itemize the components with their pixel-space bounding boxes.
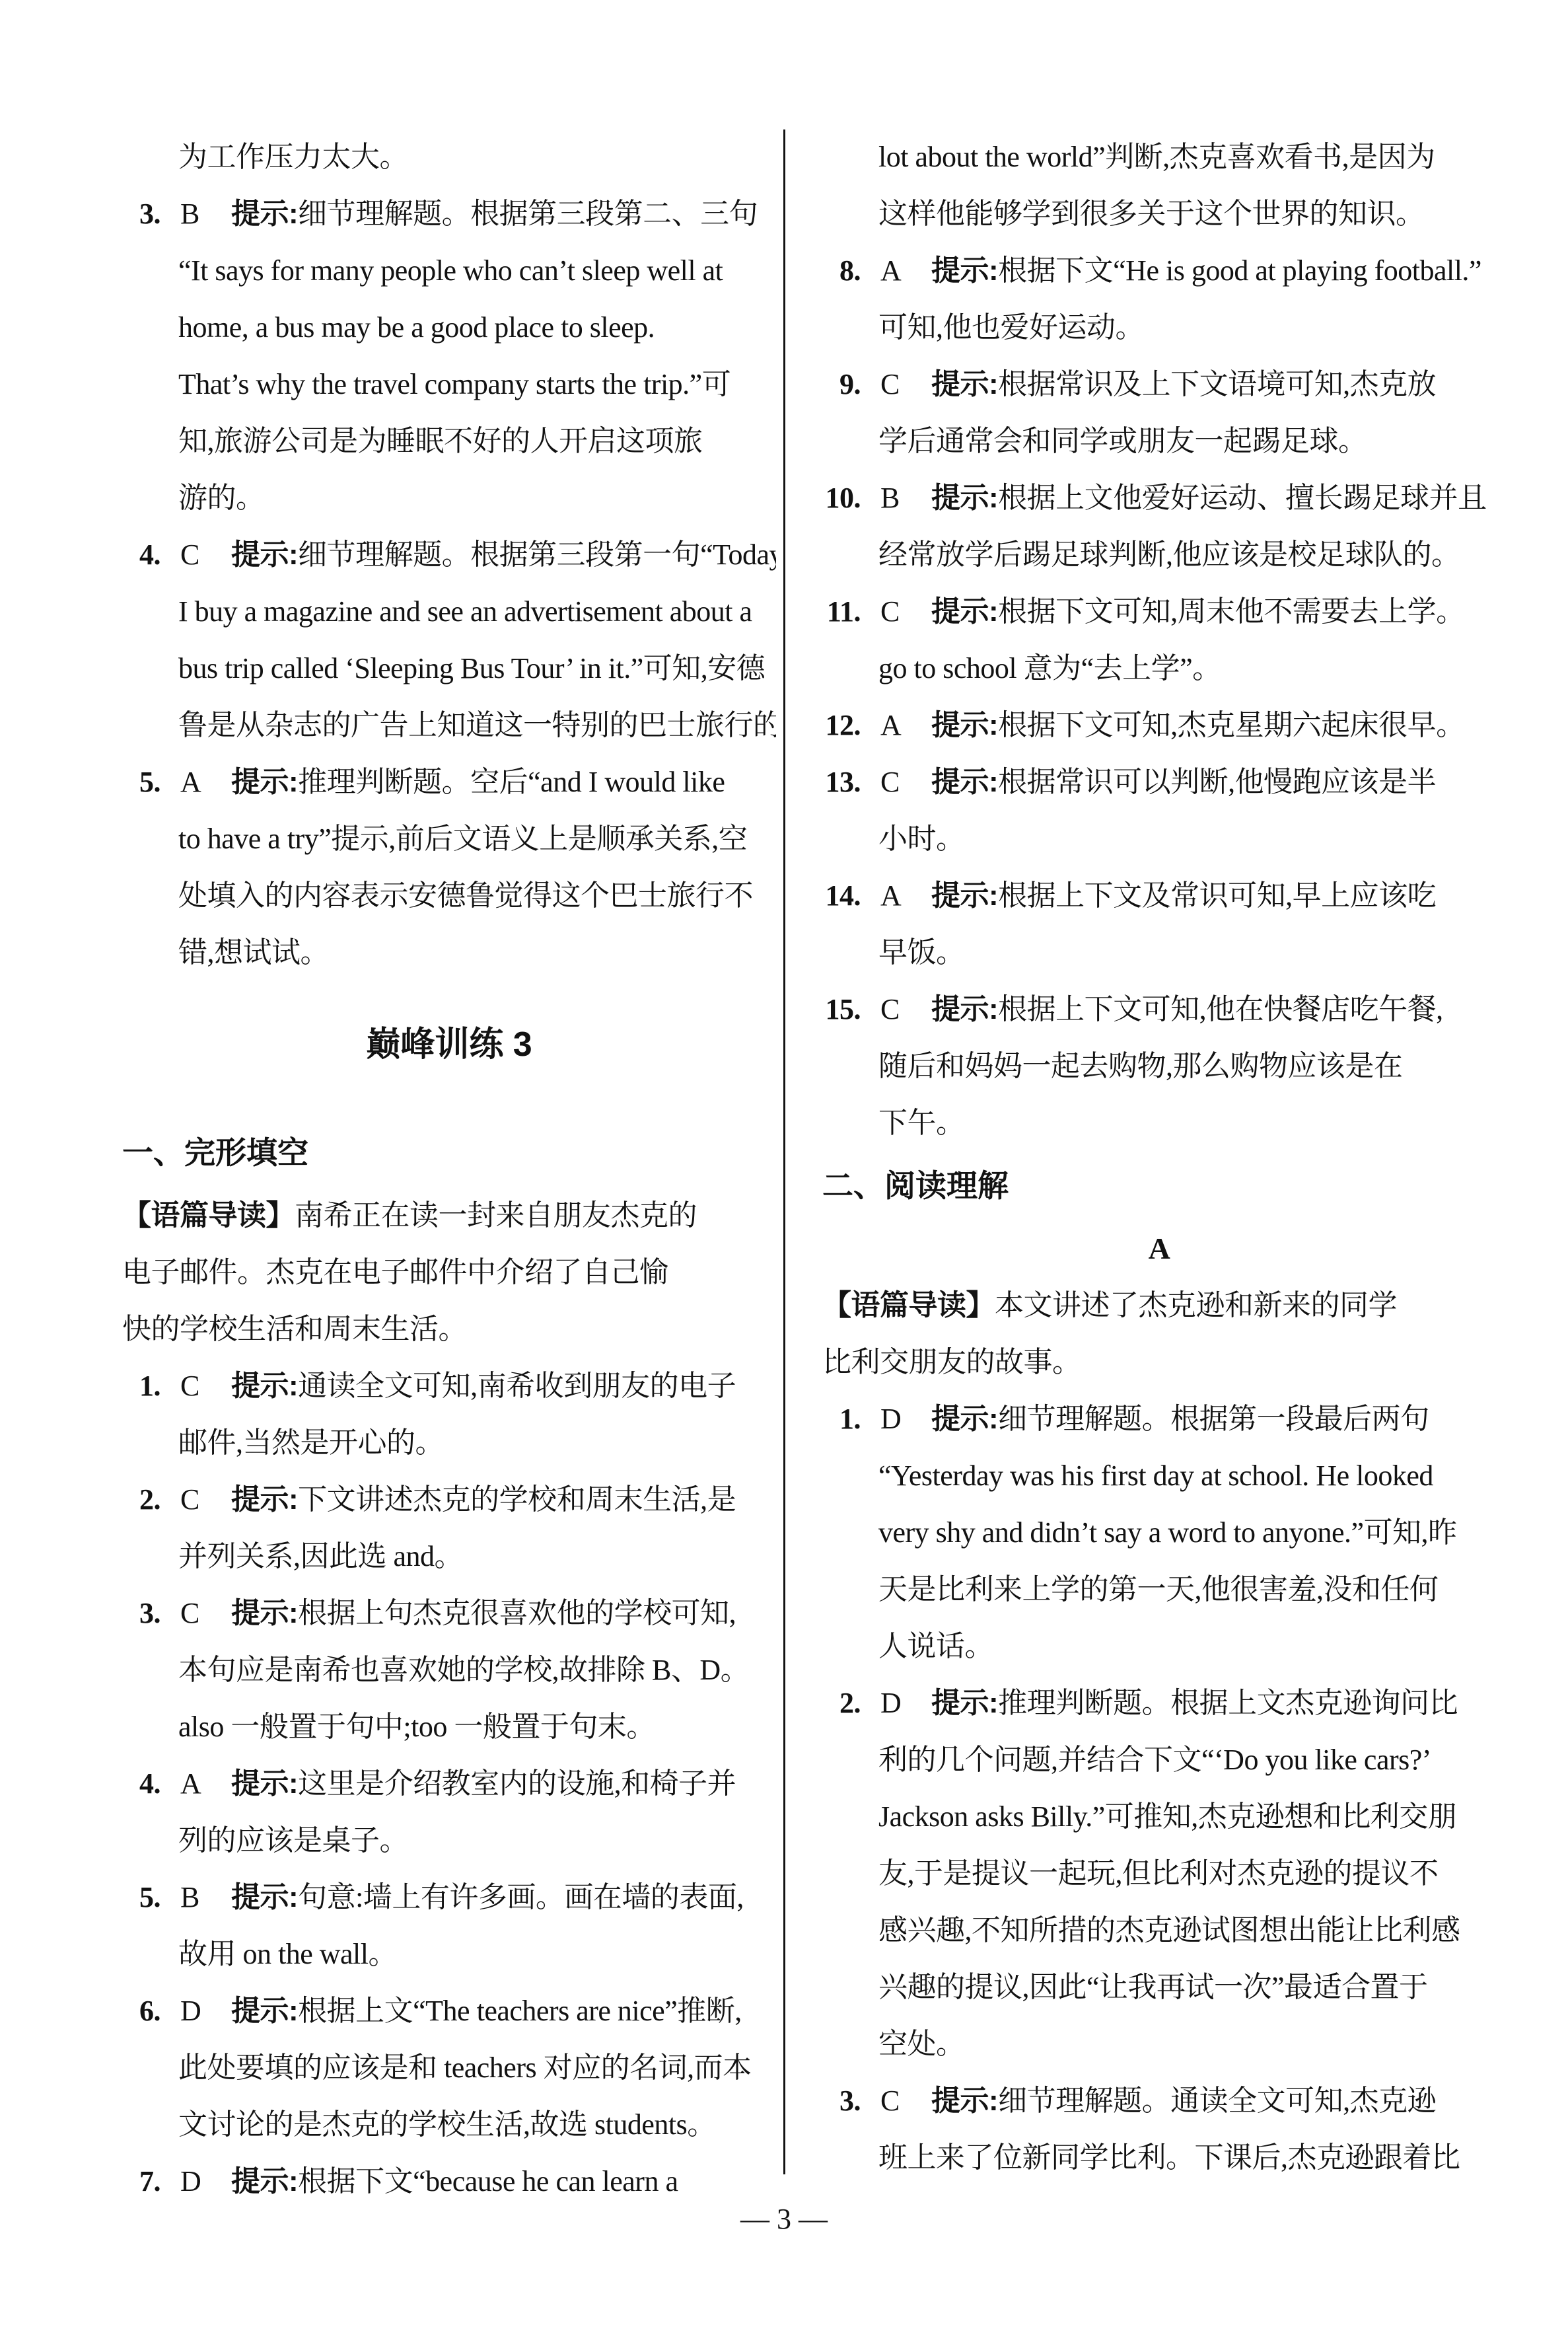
section-title: 巅峰训练 3 xyxy=(122,1008,776,1082)
answer-letter: B xyxy=(866,470,913,527)
column-divider xyxy=(783,129,785,2174)
question-number: 3. xyxy=(122,186,166,242)
hint-text: 根据上下文可知,他在快餐店吃午餐, xyxy=(998,993,1443,1025)
answer-item-wrap-line: 鲁是从杂志的广告上知道这一特别的巴士旅行的。 xyxy=(122,697,776,754)
answer-item-line: 3.C提示:细节理解题。通读全文可知,杰克逊 xyxy=(822,2073,1496,2129)
answer-letter: C xyxy=(166,527,213,583)
hint-label: 提示: xyxy=(231,538,298,571)
hint-label: 提示: xyxy=(231,1483,298,1516)
answer-item-line: 13.C提示:根据常识可以判断,他慢跑应该是半 xyxy=(822,754,1496,811)
intro-lead-label: 【语篇导读】 xyxy=(822,1289,995,1321)
hint-text: 根据常识及上下文语境可知,杰克放 xyxy=(998,368,1436,400)
answer-letter: D xyxy=(866,1675,913,1732)
answer-item-line: 4.C提示:细节理解题。根据第三段第一句“Today, xyxy=(122,527,776,583)
answer-item-line: 5.A提示:推理判断题。空后“and I would like xyxy=(122,754,776,811)
intro-lead-label: 【语篇导读】 xyxy=(122,1199,295,1232)
hint-label: 提示: xyxy=(931,482,998,514)
answer-item-line: 15.C提示:根据上下文可知,他在快餐店吃午餐, xyxy=(822,981,1496,1038)
answer-letter: D xyxy=(166,1983,213,2040)
answer-item-wrap-line: That’s why the travel company starts the… xyxy=(122,356,776,413)
answer-item-wrap-line: “Yesterday was his first day at school. … xyxy=(822,1448,1496,1504)
hint-label: 提示: xyxy=(231,1995,298,2027)
answer-key-page: 为工作压力太大。3.B提示:细节理解题。根据第三段第二、三句“It says f… xyxy=(0,0,1568,2325)
answer-item-line: 2.D提示:推理判断题。根据上文杰克逊询问比 xyxy=(822,1675,1496,1732)
answer-letter: C xyxy=(866,981,913,1038)
answer-item-line: 3.B提示:细节理解题。根据第三段第二、三句 xyxy=(122,186,776,242)
answer-item-wrap-line: 此处要填的应该是和 teachers 对应的名词,而本 xyxy=(122,2040,776,2096)
answer-letter: C xyxy=(166,1585,213,1642)
answer-item-wrap-line: 处填入的内容表示安德鲁觉得这个巴士旅行不 xyxy=(122,867,776,924)
hint-text: 根据下文“because he can learn a xyxy=(298,2165,678,2197)
answer-letter: C xyxy=(166,1471,213,1528)
answer-item-wrap-line: 兴趣的提议,因此“让我再试一次”最适合置于 xyxy=(822,1959,1496,2016)
answer-letter: A xyxy=(866,867,913,924)
question-number: 3. xyxy=(122,1585,166,1642)
hint-text: 根据上文“The teachers are nice”推断, xyxy=(298,1995,742,2027)
hint-label: 提示: xyxy=(231,1597,298,1629)
answer-item-wrap-line: 邮件,当然是开心的。 xyxy=(122,1415,776,1471)
question-number: 12. xyxy=(822,697,866,754)
answer-item-line: 14.A提示:根据上下文及常识可知,早上应该吃 xyxy=(822,867,1496,924)
hint-label: 提示: xyxy=(931,1687,998,1719)
answer-item-wrap-line: “It says for many people who can’t sleep… xyxy=(122,242,776,299)
answer-item-wrap-line: 本句应是南希也喜欢她的学校,故排除 B、D。 xyxy=(122,1642,776,1699)
answer-letter: D xyxy=(866,1391,913,1448)
part-heading: 二、阅读理解 xyxy=(822,1152,1496,1220)
hint-text: 根据上文他爱好运动、擅长踢足球并且 xyxy=(998,482,1487,514)
hint-label: 提示: xyxy=(931,766,998,798)
answer-item-wrap-line: 随后和妈妈一起去购物,那么购物应该是在 xyxy=(822,1038,1496,1095)
answer-item-wrap-line: go to school 意为“去上学”。 xyxy=(822,640,1496,697)
answer-item-line: 3.C提示:根据上句杰克很喜欢他的学校可知, xyxy=(122,1585,776,1642)
answer-letter: A xyxy=(866,697,913,754)
answer-item-wrap-line: 知,旅游公司是为睡眠不好的人开启这项旅 xyxy=(122,413,776,470)
question-number: 11. xyxy=(822,583,866,640)
hint-label: 提示: xyxy=(931,993,998,1025)
question-number: 15. xyxy=(822,981,866,1038)
intro-line: 【语篇导读】本文讲述了杰克逊和新来的同学 xyxy=(822,1277,1496,1334)
hint-label: 提示: xyxy=(931,879,998,912)
hint-text: 细节理解题。根据第三段第一句“Today, xyxy=(298,538,776,571)
answer-item-wrap-line: very shy and didn’t say a word to anyone… xyxy=(822,1504,1496,1561)
hint-text: 细节理解题。通读全文可知,杰克逊 xyxy=(998,2085,1436,2117)
hint-text: 根据上下文及常识可知,早上应该吃 xyxy=(998,879,1436,912)
hint-label: 提示: xyxy=(931,368,998,400)
answer-item-wrap-line: 下午。 xyxy=(822,1095,1496,1152)
answer-item-line: 2.C提示:下文讲述杰克的学校和周末生活,是 xyxy=(122,1471,776,1528)
hint-text: 下文讲述杰克的学校和周末生活,是 xyxy=(298,1483,736,1516)
answer-item-wrap-line: 游的。 xyxy=(122,470,776,527)
answer-item-wrap-line: 早饭。 xyxy=(822,924,1496,981)
hint-text: 推理判断题。根据上文杰克逊询问比 xyxy=(998,1687,1458,1719)
hint-label: 提示: xyxy=(231,766,298,798)
answer-item-wrap-line: 班上来了位新同学比利。下课后,杰克逊跟着比 xyxy=(822,2129,1496,2186)
answer-item-wrap-line: 可知,他也爱好运动。 xyxy=(822,299,1496,356)
hint-text: 根据常识可以判断,他慢跑应该是半 xyxy=(998,766,1436,798)
answer-item-line: 1.D提示:细节理解题。根据第一段最后两句 xyxy=(822,1391,1496,1448)
answer-item-wrap-line: 经常放学后踢足球判断,他应该是校足球队的。 xyxy=(822,527,1496,583)
answer-item-wrap-line: 列的应该是桌子。 xyxy=(122,1812,776,1869)
hint-text: 细节理解题。根据第一段最后两句 xyxy=(998,1403,1429,1435)
answer-letter: C xyxy=(866,356,913,413)
hint-label: 提示: xyxy=(931,595,998,628)
answer-letter: A xyxy=(166,754,213,811)
carryover-line: lot about the world”判断,杰克喜欢看书,是因为 xyxy=(822,129,1496,186)
question-number: 3. xyxy=(822,2073,866,2129)
answer-letter: C xyxy=(166,1358,213,1415)
left-column: 为工作压力太大。3.B提示:细节理解题。根据第三段第二、三句“It says f… xyxy=(122,129,776,2210)
question-number: 7. xyxy=(122,2153,166,2210)
answer-item-line: 5.B提示:句意:墙上有许多画。画在墙的表面, xyxy=(122,1869,776,1926)
answer-letter: A xyxy=(866,242,913,299)
question-number: 1. xyxy=(822,1391,866,1448)
answer-item-wrap-line: 天是比利来上学的第一天,他很害羞,没和任何 xyxy=(822,1561,1496,1618)
answer-letter: D xyxy=(166,2153,213,2210)
answer-item-line: 9.C提示:根据常识及上下文语境可知,杰克放 xyxy=(822,356,1496,413)
hint-text: 根据下文可知,周末他不需要去上学。 xyxy=(998,595,1465,628)
answer-letter: C xyxy=(866,754,913,811)
question-number: 4. xyxy=(122,1755,166,1812)
answer-item-line: 4.A提示:这里是介绍教室内的设施,和椅子并 xyxy=(122,1755,776,1812)
hint-text: 根据上句杰克很喜欢他的学校可知, xyxy=(298,1597,736,1629)
hint-text: 推理判断题。空后“and I would like xyxy=(298,766,725,798)
question-number: 13. xyxy=(822,754,866,811)
answer-item-line: 6.D提示:根据上文“The teachers are nice”推断, xyxy=(122,1983,776,2040)
answer-item-wrap-line: 感兴趣,不知所措的杰克逊试图想出能让比利感 xyxy=(822,1902,1496,1959)
question-number: 5. xyxy=(122,754,166,811)
question-number: 8. xyxy=(822,242,866,299)
answer-item-wrap-line: 友,于是提议一起玩,但比利对杰克逊的提议不 xyxy=(822,1845,1496,1902)
answer-item-line: 8.A提示:根据下文“He is good at playing footbal… xyxy=(822,242,1496,299)
question-number: 9. xyxy=(822,356,866,413)
intro-line: 电子邮件。杰克在电子邮件中介绍了自己愉 xyxy=(122,1244,776,1301)
answer-item-line: 1.C提示:通读全文可知,南希收到朋友的电子 xyxy=(122,1358,776,1415)
hint-text: 根据下文“He is good at playing football.” xyxy=(998,254,1481,287)
question-number: 14. xyxy=(822,867,866,924)
passage-label: A xyxy=(822,1220,1496,1277)
question-number: 4. xyxy=(122,527,166,583)
hint-text: 通读全文可知,南希收到朋友的电子 xyxy=(298,1370,736,1402)
answer-item-line: 12.A提示:根据下文可知,杰克星期六起床很早。 xyxy=(822,697,1496,754)
answer-letter: A xyxy=(166,1755,213,1812)
hint-label: 提示: xyxy=(931,2085,998,2117)
question-number: 6. xyxy=(122,1983,166,2040)
answer-item-wrap-line: also 一般置于句中;too 一般置于句末。 xyxy=(122,1699,776,1755)
answer-item-wrap-line: I buy a magazine and see an advertisemen… xyxy=(122,583,776,640)
carryover-line: 为工作压力太大。 xyxy=(122,129,776,186)
answer-item-wrap-line: 人说话。 xyxy=(822,1618,1496,1675)
page-number: — 3 — xyxy=(678,2198,890,2240)
hint-label: 提示: xyxy=(931,254,998,287)
answer-item-wrap-line: 文讨论的是杰克的学校生活,故选 students。 xyxy=(122,2096,776,2153)
answer-item-line: 11.C提示:根据下文可知,周末他不需要去上学。 xyxy=(822,583,1496,640)
hint-label: 提示: xyxy=(231,1370,298,1402)
intro-text: 本文讲述了杰克逊和新来的同学 xyxy=(995,1289,1397,1321)
answer-item-wrap-line: 故用 on the wall。 xyxy=(122,1926,776,1983)
carryover-line: 这样他能够学到很多关于这个世界的知识。 xyxy=(822,186,1496,242)
intro-text: 南希正在读一封来自朋友杰克的 xyxy=(295,1199,697,1232)
question-number: 1. xyxy=(122,1358,166,1415)
question-number: 2. xyxy=(122,1471,166,1528)
question-number: 5. xyxy=(122,1869,166,1926)
answer-item-line: 10.B提示:根据上文他爱好运动、擅长踢足球并且 xyxy=(822,470,1496,527)
question-number: 10. xyxy=(822,470,866,527)
intro-line: 比利交朋友的故事。 xyxy=(822,1334,1496,1391)
hint-label: 提示: xyxy=(231,1881,298,1913)
hint-label: 提示: xyxy=(931,709,998,741)
answer-item-wrap-line: bus trip called ‘Sleeping Bus Tour’ in i… xyxy=(122,640,776,697)
answer-item-wrap-line: 利的几个问题,并结合下文“‘Do you like cars?’ xyxy=(822,1732,1496,1789)
answer-letter: B xyxy=(166,1869,213,1926)
answer-item-wrap-line: 并列关系,因此选 and。 xyxy=(122,1528,776,1585)
answer-item-wrap-line: 错,想试试。 xyxy=(122,924,776,981)
answer-letter: B xyxy=(166,186,213,242)
answer-item-wrap-line: Jackson asks Billy.”可推知,杰克逊想和比利交朋 xyxy=(822,1789,1496,1845)
question-number: 2. xyxy=(822,1675,866,1732)
hint-text: 句意:墙上有许多画。画在墙的表面, xyxy=(298,1881,744,1913)
answer-item-wrap-line: to have a try”提示,前后文语义上是顺承关系,空 xyxy=(122,811,776,867)
hint-label: 提示: xyxy=(231,1767,298,1800)
part-heading: 一、完形填空 xyxy=(122,1119,776,1187)
hint-text: 这里是介绍教室内的设施,和椅子并 xyxy=(298,1767,736,1800)
page-number-label: — 3 — xyxy=(740,2203,828,2235)
answer-item-wrap-line: 空处。 xyxy=(822,2016,1496,2073)
answer-letter: C xyxy=(866,583,913,640)
answer-item-wrap-line: home, a bus may be a good place to sleep… xyxy=(122,299,776,356)
answer-item-wrap-line: 小时。 xyxy=(822,811,1496,867)
answer-item-wrap-line: 学后通常会和同学或朋友一起踢足球。 xyxy=(822,413,1496,470)
answer-letter: C xyxy=(866,2073,913,2129)
intro-line: 快的学校生活和周末生活。 xyxy=(122,1301,776,1358)
hint-label: 提示: xyxy=(231,198,298,230)
hint-text: 根据下文可知,杰克星期六起床很早。 xyxy=(998,709,1465,741)
hint-label: 提示: xyxy=(931,1403,998,1435)
intro-line: 【语篇导读】南希正在读一封来自朋友杰克的 xyxy=(122,1187,776,1244)
hint-text: 细节理解题。根据第三段第二、三句 xyxy=(298,198,758,230)
right-column: lot about the world”判断,杰克喜欢看书,是因为这样他能够学到… xyxy=(822,129,1496,2186)
hint-label: 提示: xyxy=(231,2165,298,2197)
